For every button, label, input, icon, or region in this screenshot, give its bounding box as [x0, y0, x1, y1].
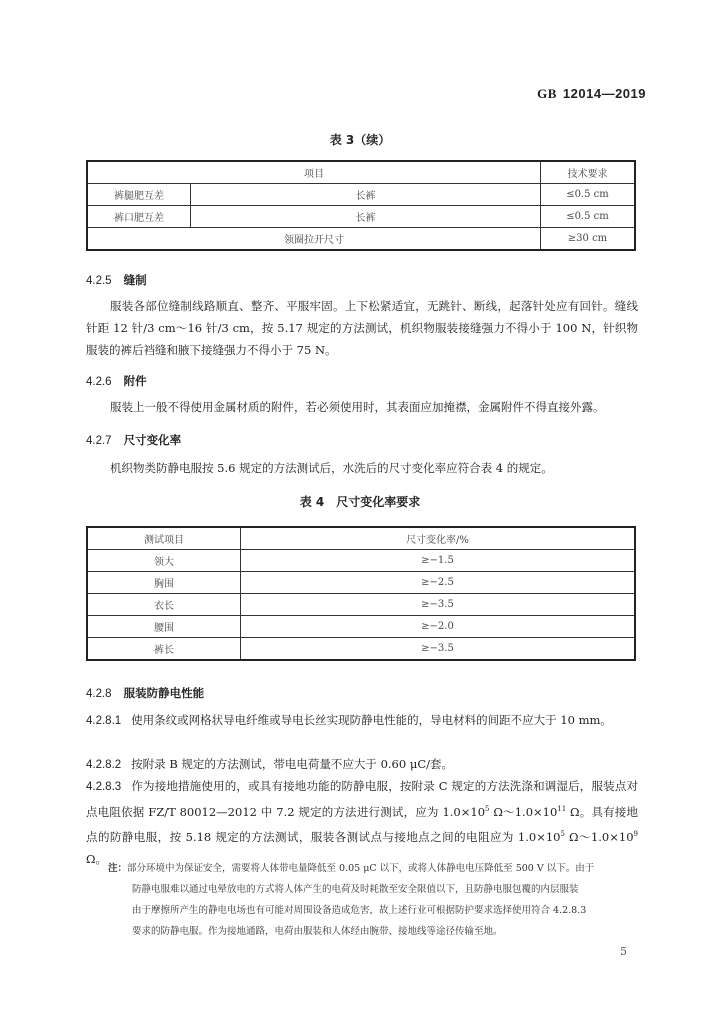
note-text: 要求的防静电服。作为接地通路，电荷由服装和人体经由腕带、接地线等途径传输至地。: [108, 921, 638, 942]
table-cell: 裤长: [87, 638, 241, 661]
table-row: 裤长≥−3.5: [87, 638, 635, 661]
table-header-cell: 测试项目: [87, 527, 241, 550]
table-header-cell: 技术要求: [540, 161, 635, 184]
section-4-2-7-text: 机织物类防静电服按 5.6 规定的方法测试后，水洗后的尺寸变化率应符合表 4 的…: [86, 457, 638, 479]
table-header-cell: 尺寸变化率/%: [241, 527, 636, 550]
clause-4-2-8-2: 4.2.8.2按附录 B 规定的方法测试，带电电荷量不应大于 0.60 μC/套…: [86, 753, 638, 776]
note-block: 注：部分环境中为保证安全，需要将人体带电量降低至 0.05 μC 以下，或将人体…: [108, 858, 638, 942]
table-row: 裤口肥互差 长裤 ≤0.5 cm: [87, 206, 635, 228]
table-cell: 长裤: [191, 184, 541, 206]
section-number: 4.2.5: [86, 275, 112, 287]
exponent: 9: [634, 830, 638, 838]
clause-4-2-8-1: 4.2.8.1使用条纹或网格状导电纤维或导电长丝实现防静电性能的，导电材料的间距…: [86, 709, 638, 732]
section-number: 4.2.6: [86, 376, 112, 388]
clause-text: Ω～1.0×10: [489, 805, 557, 819]
section-number: 4.2.8: [86, 688, 112, 700]
section-4-2-5-heading: 4.2.5缝制: [86, 272, 147, 288]
table-row: 领大≥−1.5: [87, 550, 635, 572]
clause-text: 使用条纹或网格状导电纤维或导电长丝实现防静电性能的，导电材料的间距不应大于 10…: [131, 713, 612, 727]
table-cell: ≥−2.5: [241, 572, 636, 594]
note-label: 注：: [108, 863, 127, 874]
table-row: 领圈拉开尺寸 ≥30 cm: [87, 228, 635, 251]
table-cell: ≥−3.5: [241, 638, 636, 661]
standard-code: 12014—2019: [563, 86, 646, 101]
table-header-row: 测试项目 尺寸变化率/%: [87, 527, 635, 550]
table-cell: 胸围: [87, 572, 241, 594]
table-row: 胸围≥−2.5: [87, 572, 635, 594]
note-text: 防静电服难以通过电晕放电的方式将人体产生的电荷及时耗散至安全限值以下，且防静电服…: [108, 879, 638, 900]
page-number: 5: [620, 945, 627, 958]
standard-number: GB12014—2019: [537, 86, 646, 102]
clause-text: Ω。: [86, 852, 107, 866]
section-4-2-6-heading: 4.2.6附件: [86, 373, 147, 389]
table-cell: 领大: [87, 550, 241, 572]
section-4-2-6-text: 服装上一般不得使用金属材质的附件，若必须使用时，其表面应加掩襟，金属附件不得直接…: [86, 396, 638, 418]
table4: 测试项目 尺寸变化率/% 领大≥−1.5 胸围≥−2.5 衣长≥−3.5 腰围≥…: [86, 526, 636, 661]
section-title: 缝制: [124, 273, 147, 287]
table-cell: ≤0.5 cm: [540, 184, 635, 206]
section-4-2-5-text: 服装各部位缝制线路顺直、整齐、平服牢固。上下松紧适宜，无跳针、断线，起落针处应有…: [86, 295, 638, 361]
clause-number: 4.2.8.2: [86, 759, 121, 771]
section-4-2-7-heading: 4.2.7尺寸变化率: [86, 432, 181, 448]
table-cell: ≥−2.0: [241, 616, 636, 638]
section-4-2-8-heading: 4.2.8服装防静电性能: [86, 685, 204, 701]
table-header-row: 项目 技术要求: [87, 161, 635, 184]
clause-text: Ω～1.0×10: [565, 830, 634, 844]
clause-number: 4.2.8.3: [86, 781, 121, 793]
standard-prefix: GB: [537, 86, 557, 101]
table-cell: 裤腿肥互差: [87, 184, 191, 206]
table-cell: 衣长: [87, 594, 241, 616]
table-cell: ≥−1.5: [241, 550, 636, 572]
table-row: 裤腿肥互差 长裤 ≤0.5 cm: [87, 184, 635, 206]
table-header-cell: 项目: [87, 161, 540, 184]
table-cell: 长裤: [191, 206, 541, 228]
table-cell: 领圈拉开尺寸: [87, 228, 540, 251]
section-title: 尺寸变化率: [124, 433, 182, 447]
table-row: 腰围≥−2.0: [87, 616, 635, 638]
table4-caption: 表 4 尺寸变化率要求: [0, 493, 720, 510]
clause-4-2-8-3: 4.2.8.3作为接地措施使用的，或具有接地功能的防静电服，按附录 C 规定的方…: [86, 775, 638, 870]
table-cell: 腰围: [87, 616, 241, 638]
exponent: 11: [557, 805, 566, 813]
section-number: 4.2.7: [86, 435, 112, 447]
table-cell: ≤0.5 cm: [540, 206, 635, 228]
note-text: 由于摩擦所产生的静电电场也有可能对周围设备造成危害，故上述行业可根据防护要求选择…: [108, 900, 638, 921]
table-cell: ≥30 cm: [540, 228, 635, 251]
table-cell: ≥−3.5: [241, 594, 636, 616]
table-cell: 裤口肥互差: [87, 206, 191, 228]
note-text: 部分环境中为保证安全，需要将人体带电量降低至 0.05 μC 以下，或将人体静电…: [127, 863, 594, 874]
clause-number: 4.2.8.1: [86, 715, 121, 727]
table3-caption: 表 3（续）: [0, 131, 720, 148]
section-title: 附件: [124, 374, 147, 388]
section-title: 服装防静电性能: [124, 686, 205, 700]
table3: 项目 技术要求 裤腿肥互差 长裤 ≤0.5 cm 裤口肥互差 长裤 ≤0.5 c…: [86, 160, 636, 251]
clause-text: 按附录 B 规定的方法测试，带电电荷量不应大于 0.60 μC/套。: [131, 757, 453, 771]
table-row: 衣长≥−3.5: [87, 594, 635, 616]
